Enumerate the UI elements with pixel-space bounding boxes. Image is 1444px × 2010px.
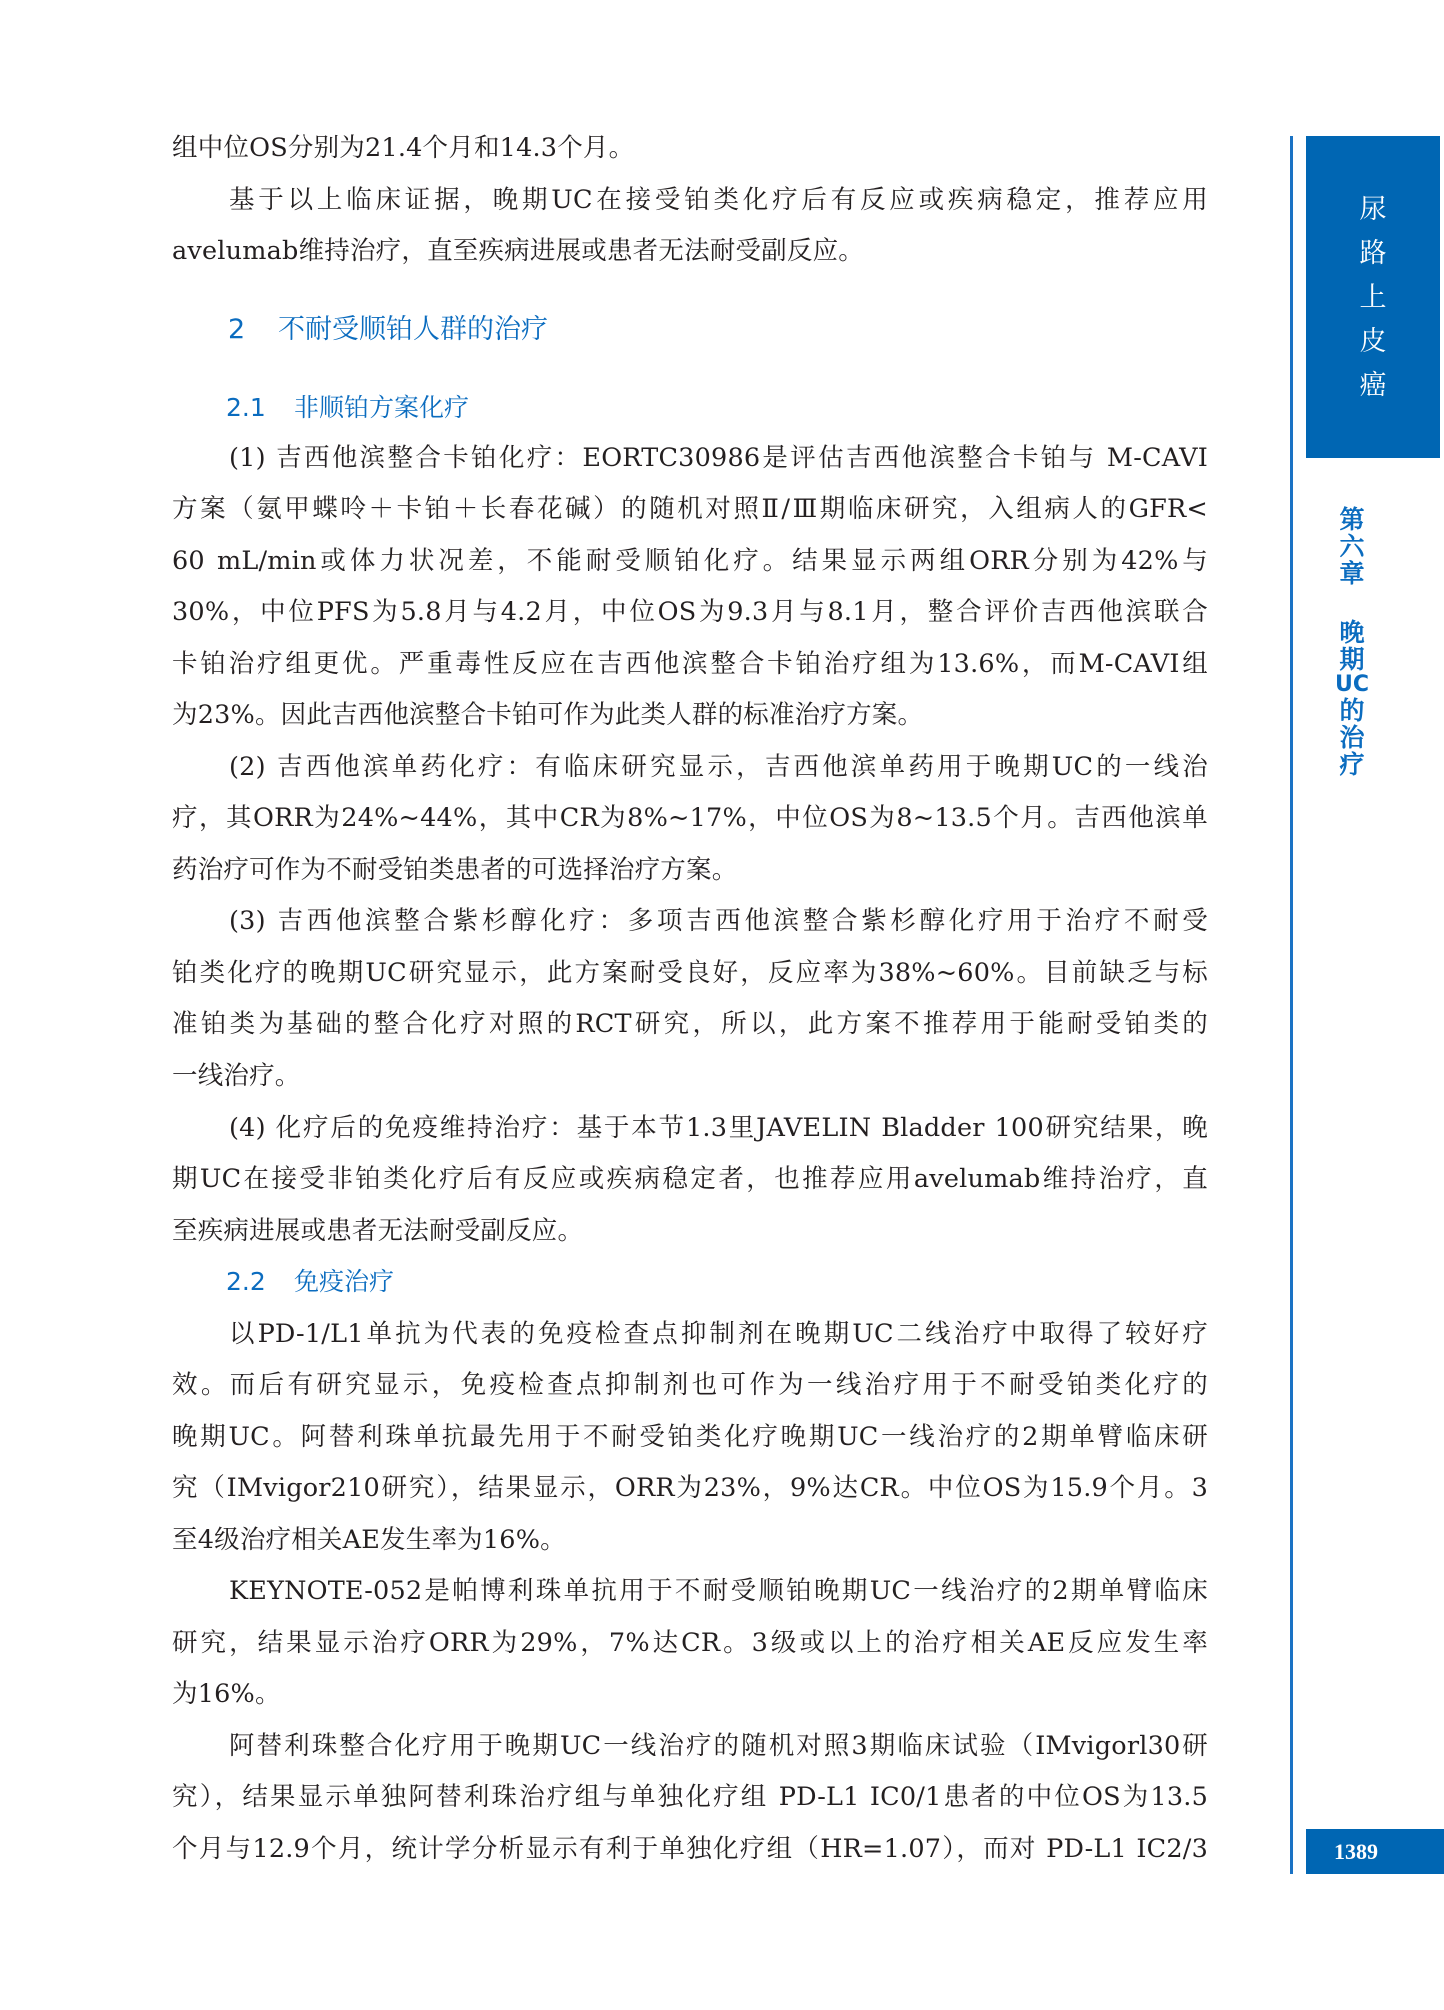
text-line: 为16%。 (172, 1674, 1208, 1714)
chapter-label: 第 六 章 晚 期 UC 的 治 疗 (1330, 506, 1374, 778)
chapter-char: 的 (1330, 697, 1374, 724)
chapter-gap (1330, 587, 1374, 619)
text-line: 晚期UC。阿替利珠单抗最先用于不耐受铂类化疗晚期UC一线治疗的2期单臂临床研 (172, 1417, 1208, 1457)
section-heading-2-2: 2.2免疫治疗 (226, 1262, 394, 1302)
section-title: 免疫治疗 (294, 1267, 394, 1296)
section-title: 非顺铂方案化疗 (294, 393, 469, 422)
section-title: 不耐受顺铂人群的治疗 (278, 314, 548, 345)
text-line: 一线治疗。 (172, 1056, 1208, 1096)
text-line: 基于以上临床证据，晚期UC在接受铂类化疗后有反应或疾病稳定，推荐应用 (229, 180, 1208, 220)
section-heading-2-1: 2.1非顺铂方案化疗 (226, 388, 469, 428)
text-line: 以PD-1/L1单抗为代表的免疫检查点抑制剂在晚期UC二线治疗中取得了较好疗 (229, 1314, 1208, 1354)
text-line: 至疾病进展或患者无法耐受副反应。 (172, 1211, 1208, 1251)
text-line: 30%，中位PFS为5.8月与4.2月，中位OS为9.3月与8.1月，整合评价吉… (172, 592, 1208, 632)
section-number: 2.2 (226, 1262, 294, 1302)
chapter-char: 治 (1330, 724, 1374, 751)
text-line: 为23%。因此吉西他滨整合卡铂可作为此类人群的标准治疗方案。 (172, 695, 1208, 735)
book-title-tab: 尿 路 上 皮 癌 (1306, 136, 1440, 458)
title-char: 路 (1306, 232, 1440, 276)
margin-divider (1290, 136, 1293, 1874)
text-line: 究），结果显示单独阿替利珠治疗组与单独化疗组 PD-L1 IC0/1患者的中位O… (172, 1777, 1208, 1817)
text-line: 至4级治疗相关AE发生率为16%。 (172, 1520, 1208, 1560)
book-page: 组中位OS分别为21.4个月和14.3个月。 基于以上临床证据，晚期UC在接受铂… (0, 0, 1444, 2010)
text-line: 药治疗可作为不耐受铂类患者的可选择治疗方案。 (172, 850, 1208, 890)
text-line: (2) 吉西他滨单药化疗：有临床研究显示，吉西他滨单药用于晚期UC的一线治 (229, 747, 1208, 787)
text-line: 铂类化疗的晚期UC研究显示，此方案耐受良好，反应率为38%~60%。目前缺乏与标 (172, 953, 1208, 993)
chapter-char: 疗 (1330, 751, 1374, 778)
chapter-char: 章 (1330, 560, 1374, 587)
title-char: 皮 (1306, 320, 1440, 364)
chapter-char: 第 (1330, 506, 1374, 533)
page-number-box: 1389 (1306, 1829, 1444, 1874)
title-char: 尿 (1306, 188, 1440, 232)
title-char: 上 (1306, 276, 1440, 320)
text-line: KEYNOTE-052是帕博利珠单抗用于不耐受顺铂晚期UC一线治疗的2期单臂临床 (229, 1571, 1208, 1611)
text-line: (4) 化疗后的免疫维持治疗：基于本节1.3里JAVELIN Bladder 1… (229, 1108, 1208, 1148)
text-line: 疗，其ORR为24%~44%，其中CR为8%~17%，中位OS为8~13.5个月… (172, 798, 1208, 838)
text-line: 研究，结果显示治疗ORR为29%，7%达CR。3级或以上的治疗相关AE反应发生率 (172, 1623, 1208, 1663)
text-line: 究（IMvigor210研究），结果显示，ORR为23%，9%达CR。中位OS为… (172, 1468, 1208, 1508)
title-char: 癌 (1306, 364, 1440, 408)
text-line: 60 mL/min或体力状况差，不能耐受顺铂化疗。结果显示两组ORR分别为42%… (172, 541, 1208, 581)
text-line: (1) 吉西他滨整合卡铂化疗：EORTC30986是评估吉西他滨整合卡铂与 M-… (229, 438, 1208, 478)
text-line: (3) 吉西他滨整合紫杉醇化疗：多项吉西他滨整合紫杉醇化疗用于治疗不耐受 (229, 901, 1208, 941)
text-line: avelumab维持治疗，直至疾病进展或患者无法耐受副反应。 (172, 231, 1208, 271)
chapter-char: UC (1330, 673, 1374, 697)
page-number: 1389 (1334, 1829, 1378, 1874)
text-line: 组中位OS分别为21.4个月和14.3个月。 (172, 128, 1208, 168)
text-line: 准铂类为基础的整合化疗对照的RCT研究，所以，此方案不推荐用于能耐受铂类的 (172, 1004, 1208, 1044)
text-line: 期UC在接受非铂类化疗后有反应或疾病稳定者，也推荐应用avelumab维持治疗，… (172, 1159, 1208, 1199)
section-number: 2.1 (226, 388, 294, 428)
text-line: 个月与12.9个月，统计学分析显示有利于单独化疗组（HR=1.07），而对 PD… (172, 1829, 1208, 1869)
text-line: 方案（氨甲蝶呤＋卡铂＋长春花碱）的随机对照Ⅱ/Ⅲ期临床研究，入组病人的GFR< (172, 489, 1208, 529)
chapter-char: 晚 (1330, 619, 1374, 646)
book-title: 尿 路 上 皮 癌 (1306, 188, 1440, 408)
chapter-char: 六 (1330, 533, 1374, 560)
text-line: 卡铂治疗组更优。严重毒性反应在吉西他滨整合卡铂治疗组为13.6%，而M-CAVI… (172, 644, 1208, 684)
section-heading-2: 2不耐受顺铂人群的治疗 (228, 310, 548, 350)
text-line: 阿替利珠整合化疗用于晚期UC一线治疗的随机对照3期临床试验（IMvigorl30… (229, 1726, 1208, 1766)
chapter-char: 期 (1330, 646, 1374, 673)
text-line: 效。而后有研究显示，免疫检查点抑制剂也可作为一线治疗用于不耐受铂类化疗的 (172, 1365, 1208, 1405)
section-number: 2 (228, 310, 278, 350)
